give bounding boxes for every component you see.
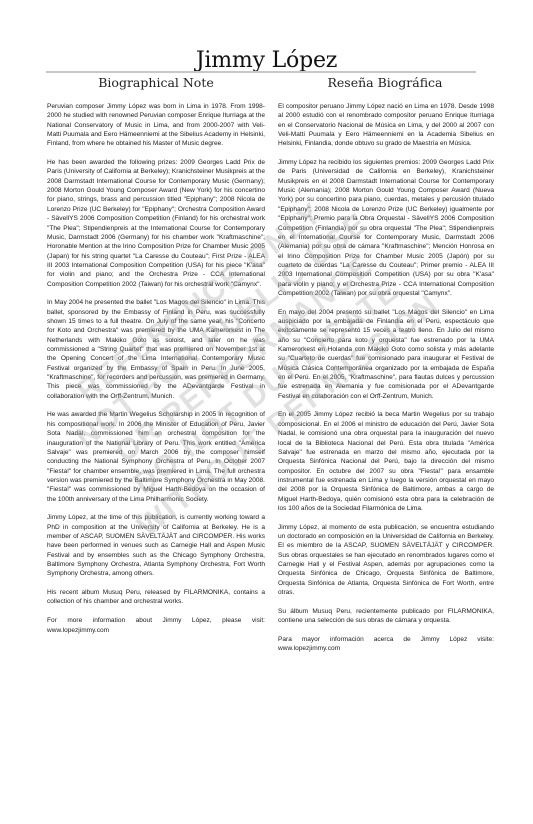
paragraph: Jimmy López, al momento de esta publicac… [278, 523, 494, 598]
paragraph: Jimmy López, at the time of this publica… [47, 513, 265, 578]
paragraph: El compositor peruano Jimmy López nació … [278, 102, 494, 149]
english-column-heading: Biographical Note [46, 75, 266, 90]
spanish-column: El compositor peruano Jimmy López nació … [278, 102, 494, 663]
paragraph: He was awarded the Martin Wegelius Schol… [47, 410, 265, 503]
website-paragraph[interactable]: For more information about Jimmy López, … [47, 616, 265, 635]
paragraph: Jimmy López ha recibido los siguientes p… [278, 158, 494, 298]
english-column: Peruvian composer Jimmy López was born i… [47, 102, 265, 644]
paragraph: En el 2005 Jimmy López recibió la beca M… [278, 410, 494, 513]
paragraph: He has been awarded the following prizes… [47, 158, 265, 289]
spanish-column-heading: Reseña Biográfica [270, 75, 500, 90]
paragraph: Su álbum Musuq Peru, recientemente publi… [278, 607, 494, 626]
paragraph: Peruvian composer Jimmy López was born i… [47, 102, 265, 149]
paragraph: His recent album Musuq Peru, released by… [47, 588, 265, 607]
page-title: Jimmy López [0, 48, 533, 73]
website-paragraph[interactable]: Para mayor información acerca de Jimmy L… [278, 635, 494, 654]
paragraph: En mayo del 2004 presentó su ballet "Los… [278, 308, 494, 401]
paragraph: In May 2004 he presented the ballet "Los… [47, 298, 265, 401]
title-divider [46, 71, 476, 73]
